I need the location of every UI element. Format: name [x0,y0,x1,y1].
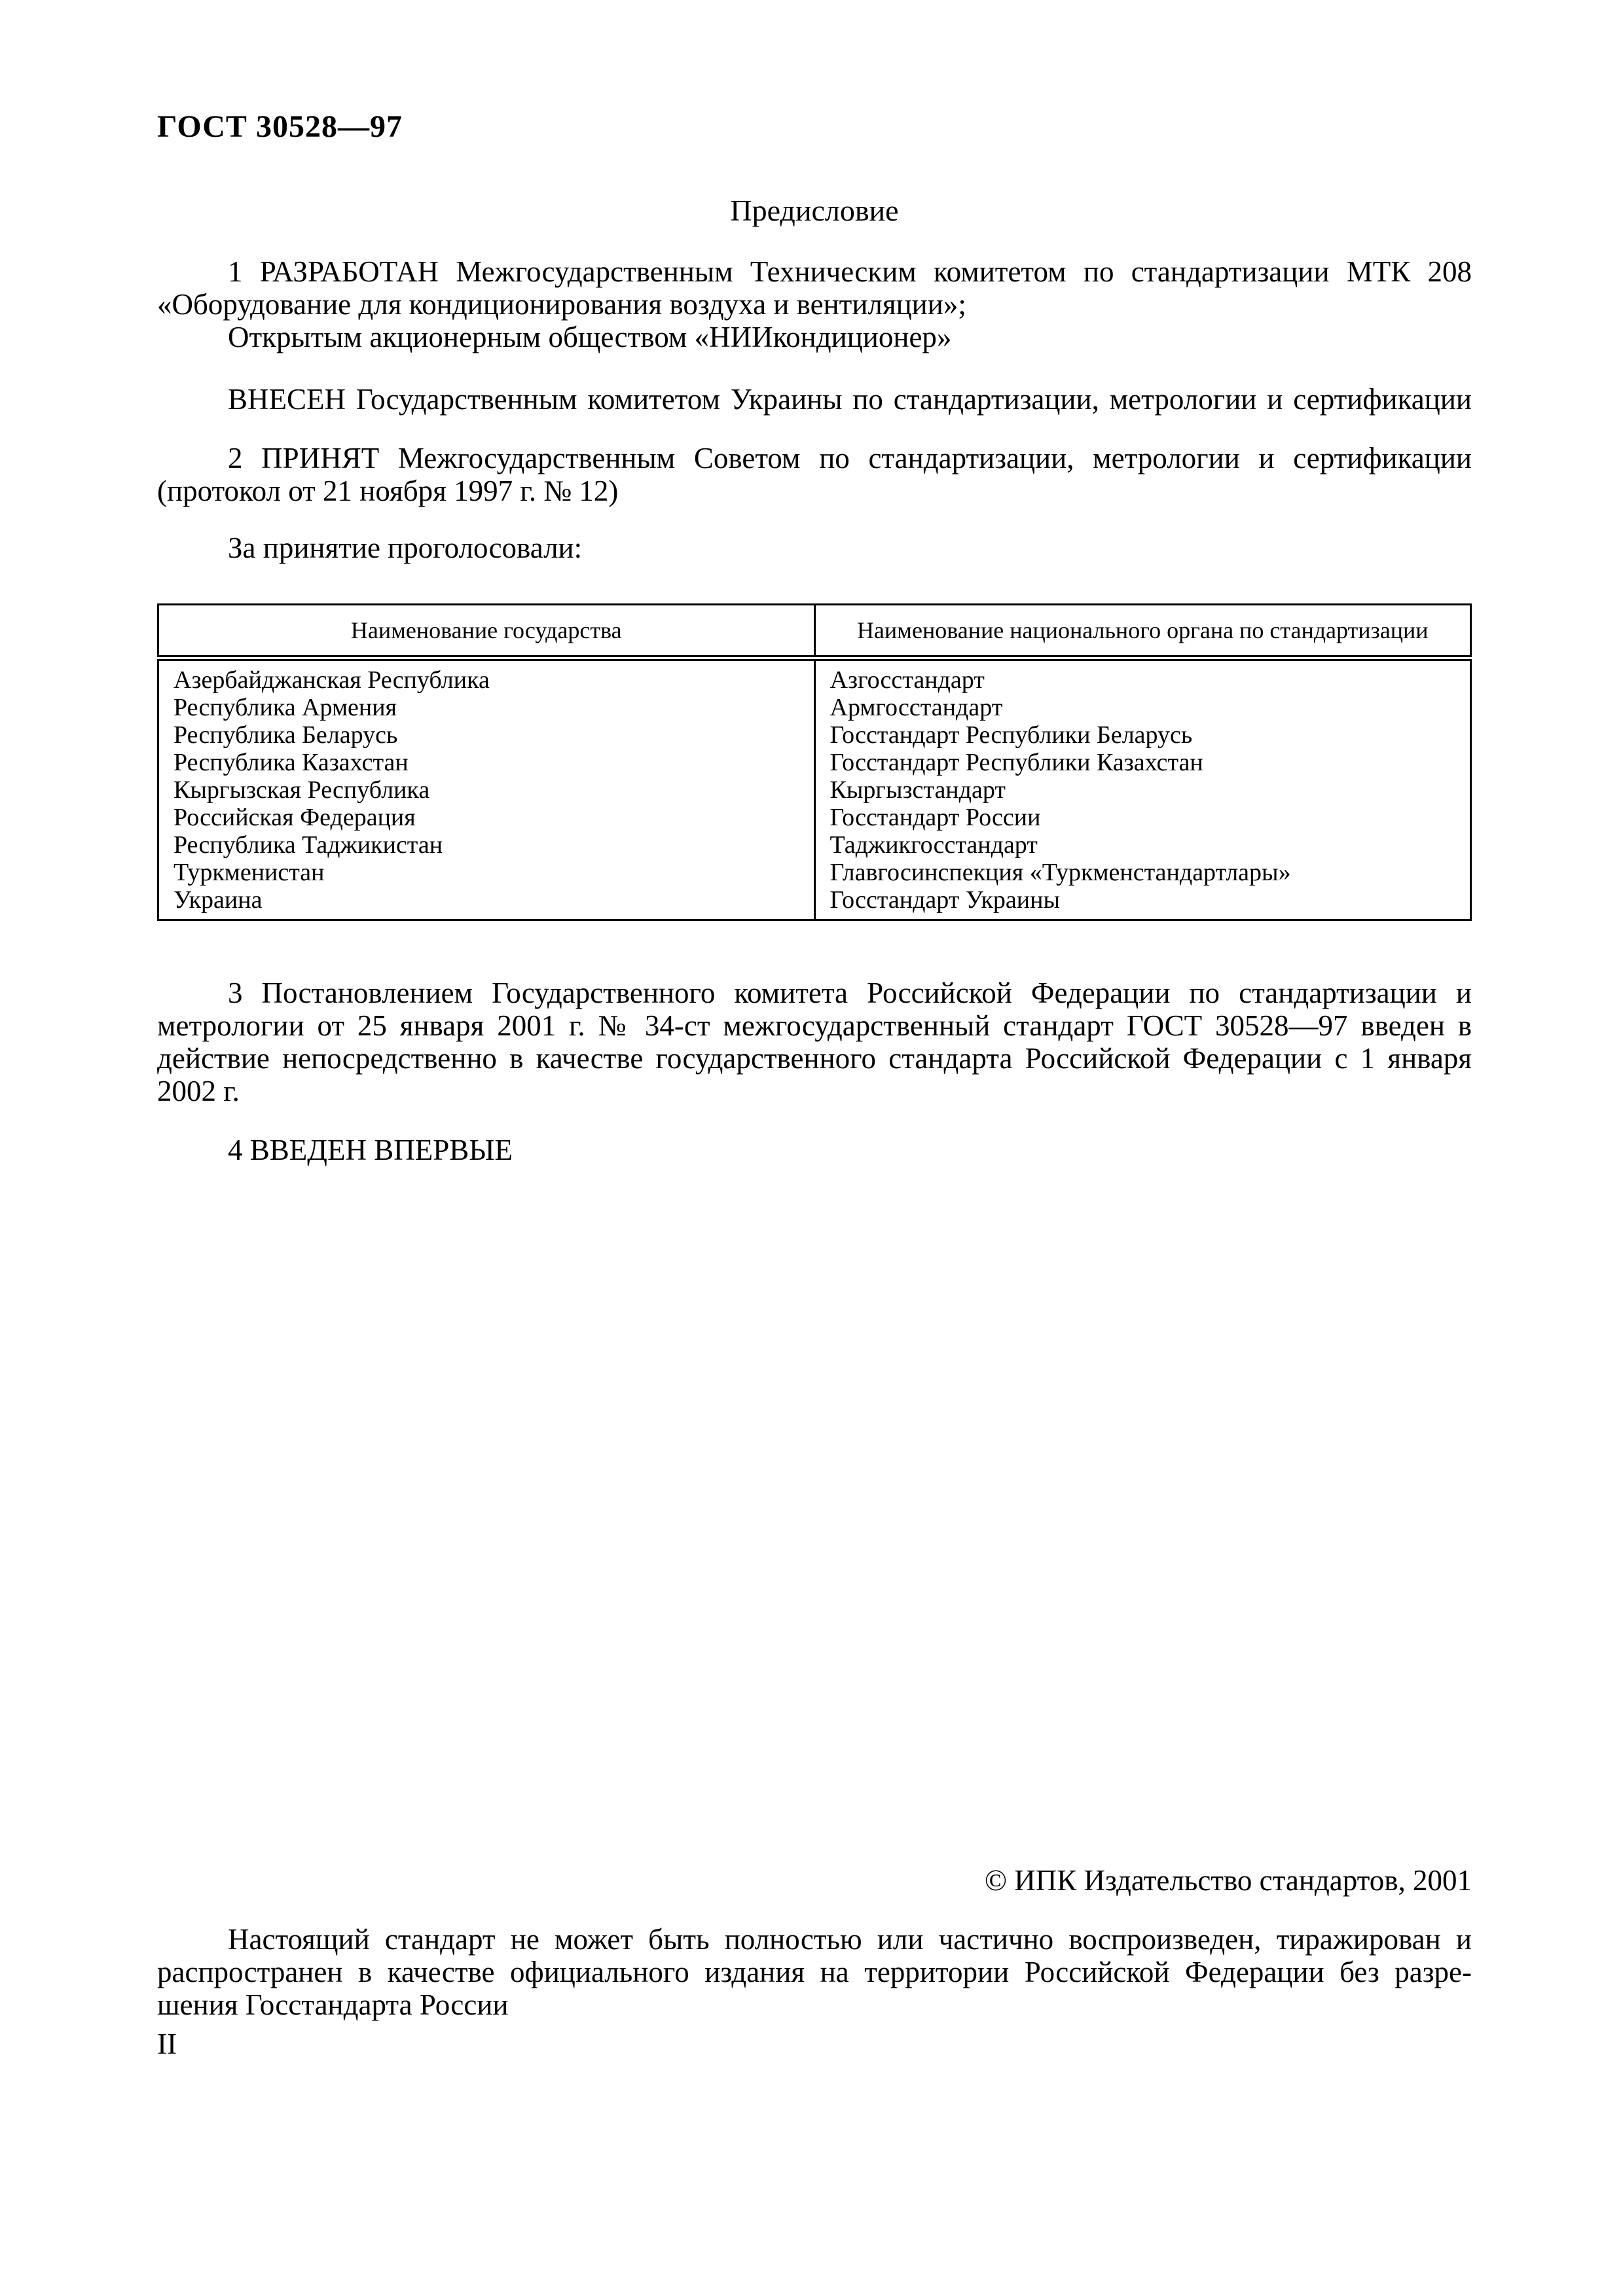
header-org: Наименование национального органа по ста… [814,605,1471,658]
table-row: Республика Беларусь Госстандарт Республи… [158,721,1471,749]
text-line: 2 ПРИНЯТ Межгосударственным Советом по с… [157,442,1472,475]
state-cell: Республика Армения [158,694,815,721]
text-line: (протокол от 21 ноября 1997 г. № 12) [157,475,1472,507]
org-cell: Госстандарт России [814,804,1471,831]
vote-intro: За принятие проголосовали: [157,531,1472,564]
table-row: Республика Казахстан Госстандарт Республ… [158,749,1471,776]
text-line: 4 ВВЕДЕН ВПЕРВЫЕ [157,1134,1472,1166]
org-cell: Армгосстандарт [814,694,1471,721]
page-title: Предисловие [157,194,1472,228]
table-row: Азербайджанская Республика Азгосстандарт [158,658,1471,694]
table-row: Российская Федерация Госстандарт России [158,804,1471,831]
table-row: Украина Госстандарт Украины [158,886,1471,920]
org-cell: Госстандарт Украины [814,886,1471,920]
text-line: За принятие проголосовали: [157,531,1472,564]
state-cell: Республика Казахстан [158,749,815,776]
org-cell: Госстандарт Республики Беларусь [814,721,1471,749]
header-state: Наименование государства [158,605,815,658]
org-cell: Кыргызстандарт [814,776,1471,804]
text-line: 1 РАЗРАБОТАН Межгосударственным Техничес… [157,255,1472,288]
state-cell: Республика Таджикистан [158,831,815,859]
votes-table: Наименование государства Наименование на… [157,603,1472,921]
doc-code: ГОСТ 30528—97 [157,110,1472,144]
state-cell: Кыргызская Республика [158,776,815,804]
table-row: Туркменистан Главгосинспекция «Туркменст… [158,859,1471,886]
state-cell: Азербайджанская Республика [158,658,815,694]
text-line: Настоящий стандарт не может быть полност… [157,1923,1472,1956]
org-cell: Азгосстандарт [814,658,1471,694]
state-cell: Туркменистан [158,859,815,886]
text-line: метрологии от 25 января 2001 г. № 34-ст … [157,1009,1472,1042]
state-cell: Российская Федерация [158,804,815,831]
text-line: Открытым акционерным обществом «НИИконди… [157,321,1472,353]
text-line: распространен в качестве официального из… [157,1956,1472,1988]
text-line: 2002 г. [157,1075,1472,1107]
votes-table-header: Наименование государства Наименование на… [158,605,1471,658]
text-line: действие непосредственно в качестве госу… [157,1042,1472,1075]
table-row: Кыргызская Республика Кыргызстандарт [158,776,1471,804]
text-line: 3 Постановлением Государственного комите… [157,977,1472,1009]
paragraph-first-introduced: 4 ВВЕДЕН ВПЕРВЫЕ [157,1134,1472,1166]
paragraph-submitted: ВНЕСЕН Государственным комитетом Украины… [157,383,1472,416]
text-line: шения Госстандарта России [157,1988,1472,2021]
text-line: «Оборудование для кондиционирования возд… [157,288,1472,321]
org-cell: Главгосинспекция «Туркменстандартлары» [814,859,1471,886]
page-number: II [157,2028,1472,2060]
document-page: ГОСТ 30528—97 Предисловие 1 РАЗРАБОТАН М… [0,0,1623,2296]
paragraph-resolution: 3 Постановлением Государственного комите… [157,977,1472,1107]
state-cell: Украина [158,886,815,920]
reproduction-notice: Настоящий стандарт не может быть полност… [157,1923,1472,2021]
table-row: Республика Армения Армгосстандарт [158,694,1471,721]
text-line: ВНЕСЕН Государственным комитетом Украины… [157,383,1472,416]
paragraph-adopted: 2 ПРИНЯТ Межгосударственным Советом по с… [157,442,1472,507]
state-cell: Республика Беларусь [158,721,815,749]
paragraph-developed: 1 РАЗРАБОТАН Межгосударственным Техничес… [157,255,1472,353]
table-row: Республика Таджикистан Таджикгосстандарт [158,831,1471,859]
org-cell: Таджикгосстандарт [814,831,1471,859]
org-cell: Госстандарт Республики Казахстан [814,749,1471,776]
copyright-line: © ИПК Издательство стандартов, 2001 [157,1864,1472,1897]
